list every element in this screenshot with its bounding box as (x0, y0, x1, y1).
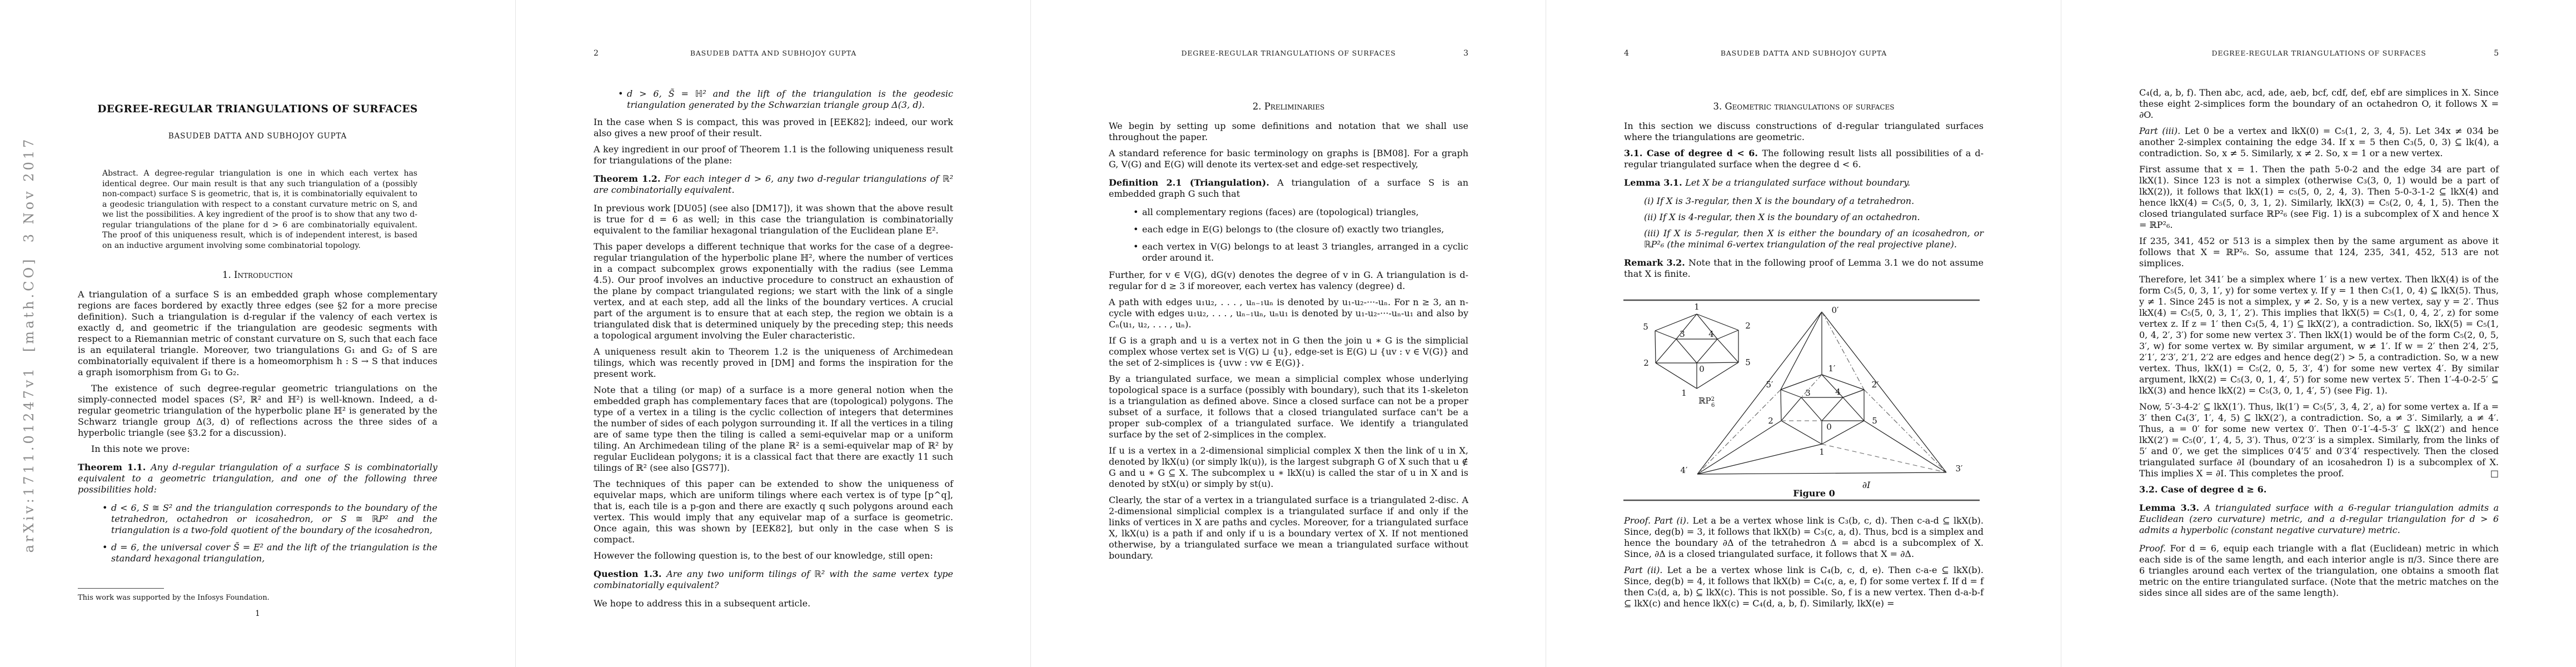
rp26-diagram-vertex-label: 1 (1681, 388, 1687, 398)
icosahedron-diagram-edge (1843, 397, 1864, 421)
header-page-number: 2 (594, 49, 621, 58)
bullet-item: each vertex in V(G) belongs to at least … (1133, 241, 1468, 263)
rp26-diagram-vertex-label: 2 (1745, 321, 1751, 331)
rp26-diagram-edge (1697, 362, 1738, 363)
running-head: BASUDEB DATTA AND SUBHOJOY GUPTA (1652, 49, 1956, 57)
paragraph: A key ingredient in our proof of Theorem… (594, 144, 953, 166)
rp26-diagram-edge (1717, 330, 1738, 339)
paragraph: A triangulation of a surface S is an emb… (78, 289, 437, 378)
header-page-number: 5 (2471, 49, 2499, 58)
rp26-diagram-vertex-label: 1 (1694, 302, 1700, 312)
paragraph: Clearly, the star of a vertex in a trian… (1109, 495, 1468, 561)
icosahedron-diagram-edge (1781, 390, 1781, 421)
block-label: Part (iii). (2139, 126, 2185, 136)
subsection: 3.2. Case of degree d ≥ 6. (2139, 484, 2499, 495)
icosahedron-diagram-edge (1781, 421, 1822, 444)
block-label: Proof. (2139, 543, 2170, 554)
paragraph: If u is a vertex in a 2-dimensional simp… (1109, 445, 1468, 490)
page-2-content: d > 6, S̃ = ℍ² and the lift of the trian… (594, 82, 953, 614)
block-label: Proof. Part (i). (1624, 515, 1692, 526)
rp26-diagram-vertex-label: 5 (1745, 357, 1751, 367)
page-number: 1 (78, 609, 437, 618)
arxiv-watermark: arXiv:1711.01247v1 [math.CO] 3 Nov 2017 (21, 137, 37, 553)
page-3-content: 2. PreliminariesWe begin by setting up s… (1109, 82, 1468, 566)
page-4-header: 4 BASUDEB DATTA AND SUBHOJOY GUPTA (1624, 49, 1984, 58)
theorem-block: Definition 2.1 (Triangulation). A triang… (1109, 177, 1468, 200)
footnote: This work was supported by the Infosys F… (78, 590, 437, 602)
theorem-body: Let X be a triangulated surface without … (1685, 177, 1910, 188)
theorem-block: Question 1.3. Are any two uniform tiling… (594, 569, 953, 591)
paragraph: A standard reference for basic terminolo… (1109, 148, 1468, 170)
paragraph: In this section we discuss constructions… (1624, 121, 1984, 143)
rp26-diagram-edge (1655, 331, 1656, 363)
icosahedron-diagram-vertex-label: 2 (1768, 416, 1773, 426)
block-label: Definition 2.1 (Triangulation). (1109, 177, 1277, 188)
paper-authors: BASUDEB DATTA AND SUBHOJOY GUPTA (78, 132, 437, 141)
paper-title: DEGREE-REGULAR TRIANGULATIONS OF SURFACE… (78, 103, 437, 115)
running-head: DEGREE-REGULAR TRIANGULATIONS OF SURFACE… (1137, 49, 1441, 57)
rp26-diagram-vertex-label: 0 (1699, 364, 1705, 374)
rp26-diagram-edge (1655, 314, 1697, 331)
figure-0-canvas: 1522513400′1′5′2′2501344′3′ℝP26∂IFigure … (1621, 294, 1985, 508)
icosahedron-diagram-vertex-label: 0 (1826, 422, 1832, 432)
icosahedron-diagram-vertex-label: 4 (1835, 387, 1841, 397)
rp26-diagram-vertex-label: 5 (1643, 322, 1648, 332)
theorem-block: Lemma 3.1. Let X be a triangulated surfa… (1624, 177, 1984, 188)
paragraph: A path with edges u₁u₂, . . . , uₙ₋₁uₙ i… (1109, 297, 1468, 330)
icosahedron-diagram-edge (1781, 312, 1822, 390)
theorem-block: Lemma 3.3. A triangulated surface with a… (2139, 502, 2499, 536)
rp26-name-label: ℝP26 (1698, 396, 1715, 409)
bullet-item: d < 6, S ≅ S² and the triangulation corr… (102, 502, 437, 536)
qed-box: □ (2490, 468, 2499, 479)
paragraph: If G is a graph and u is a vertex not in… (1109, 335, 1468, 369)
list-item: (ii) If X is 4-regular, then X is the bo… (1644, 212, 1984, 223)
section-heading: 1. Introduction (78, 270, 437, 280)
icosahedron-diagram-edge (1697, 472, 1946, 474)
icosahedron-diagram-vertex-label: 2′ (1872, 380, 1880, 390)
paragraph: Note that a tiling (or map) of a surface… (594, 385, 953, 474)
paragraph: Further, for v ∈ V(G), dG(v) denotes the… (1109, 270, 1468, 292)
paragraph: In previous work [DU05] (see also [DM17]… (594, 203, 953, 236)
icosahedron-diagram-edge (1822, 312, 1864, 390)
icosahedron-diagram-edge (1801, 397, 1822, 421)
block-label: 3.1. Case of degree d < 6. (1624, 148, 1762, 158)
icosahedron-diagram-edge (1697, 421, 1781, 474)
rp26-diagram-vertex-label: 2 (1643, 358, 1649, 368)
rp26-diagram-edge (1697, 339, 1717, 363)
paragraph: Part (iii). Let 0 be a vertex and lkX(0)… (2139, 126, 2499, 159)
figure-caption: Figure 0 (1793, 488, 1835, 499)
icosahedron-diagram-vertex-label: 1′ (1828, 364, 1836, 374)
block-label: Theorem 1.2. (594, 173, 665, 184)
abstract: Abstract. A degree-regular triangulation… (102, 168, 417, 251)
theorem-block: Theorem 1.1. Any d-regular triangulation… (78, 462, 437, 495)
icosahedron-diagram-edge (1864, 390, 1946, 472)
block-label: Lemma 3.1. (1624, 177, 1685, 188)
block-label: Lemma 3.3. (2139, 502, 2204, 513)
paragraph: C₄(d, a, b, f). Then abc, acd, ade, aeb,… (2139, 87, 2499, 121)
page-3: DEGREE-REGULAR TRIANGULATIONS OF SURFACE… (1030, 0, 1546, 667)
page-1-content: DEGREE-REGULAR TRIANGULATIONS OF SURFACE… (78, 0, 437, 570)
paragraph: However the following question is, to th… (594, 550, 953, 561)
page-5-header: DEGREE-REGULAR TRIANGULATIONS OF SURFACE… (2139, 49, 2499, 58)
icosahedron-diagram-vertex-label: 5 (1872, 416, 1877, 426)
page-1: arXiv:1711.01247v1 [math.CO] 3 Nov 2017 … (0, 0, 515, 667)
icosahedron-diagram-vertex-label: 3′ (1956, 464, 1964, 474)
icosahedron-diagram-edge (1697, 312, 1822, 474)
page-2: 2 BASUDEB DATTA AND SUBHOJOY GUPTA d > 6… (515, 0, 1031, 667)
subsection: 3.1. Case of degree d < 6. The following… (1624, 148, 1984, 170)
running-head: DEGREE-REGULAR TRIANGULATIONS OF SURFACE… (2167, 49, 2471, 57)
block-label: Question 1.3. (594, 569, 666, 579)
header-page-number: 4 (1624, 49, 1652, 58)
paragraph: Part (ii). Let a be a vertex whose link … (1624, 565, 1984, 609)
paragraph: This paper develops a different techniqu… (594, 241, 953, 341)
list-item: (i) If X is 3-regular, then X is the bou… (1644, 196, 1984, 207)
rp26-diagram-edge (1655, 331, 1676, 339)
paragraph: The existence of such degree-regular geo… (78, 383, 437, 439)
header-page-number: 3 (1441, 49, 1468, 58)
icosahedron-diagram-vertex-label: 1 (1819, 447, 1825, 457)
paragraph: First assume that x = 1. Then the path 5… (2139, 164, 2499, 231)
bullet-item: d = 6, the universal cover S̃ = E² and t… (102, 542, 437, 564)
icosahedron-diagram-edge (1843, 390, 1864, 397)
page-2-header: 2 BASUDEB DATTA AND SUBHOJOY GUPTA (594, 49, 953, 58)
list-item: (iii) If X is 5-regular, then X is eithe… (1644, 228, 1984, 250)
rp26-diagram-edge (1656, 363, 1697, 389)
bullet-item: d > 6, S̃ = ℍ² and the lift of the trian… (618, 88, 953, 111)
section-heading: 3. Geometric triangulations of surfaces (1624, 101, 1984, 112)
paragraph: We hope to address this in a subsequent … (594, 598, 953, 609)
icosahedron-diagram-edge (1822, 375, 1864, 390)
theorem-block: Theorem 1.2. For each integer d > 6, any… (594, 173, 953, 196)
icosahedron-diagram-edge (1781, 390, 1801, 397)
icosahedron-diagram-edge (1822, 397, 1843, 421)
paragraph: A uniqueness result akin to Theorem 1.2 … (594, 346, 953, 380)
icosahedron-diagram-edge (1781, 397, 1801, 421)
block-label: Theorem 1.1. (78, 462, 151, 472)
paragraph: Now, 5′-3-4-2′ ⊆ lkX(1′). Thus, lk(1′) =… (2139, 401, 2499, 479)
icosahedron-diagram-vertex-label: 3 (1805, 388, 1811, 398)
paragraph: The techniques of this paper can be exte… (594, 479, 953, 545)
paragraph: By a triangulated surface, we mean a sim… (1109, 374, 1468, 440)
paragraph: If 235, 341, 452 or 513 is a simplex the… (2139, 236, 2499, 269)
page-5-content: C₄(d, a, b, f). Then abc, acd, ade, aeb,… (2139, 82, 2499, 604)
icosahedron-diagram-vertex-label: 0′ (1832, 305, 1840, 315)
block-label: Part (ii). (1624, 565, 1667, 575)
icosahedron-diagram-edge (1697, 444, 1822, 474)
paragraph: Proof. Part (i). Let a be a vertex whose… (1624, 515, 1984, 560)
paragraph: We begin by setting up some definitions … (1109, 121, 1468, 143)
icosahedron-diagram-edge (1864, 421, 1946, 472)
page-4-content: 3. Geometric triangulations of surfacesI… (1624, 82, 1984, 614)
paragraph: In the case when S is compact, this was … (594, 117, 953, 139)
bullet-item: all complementary regions (faces) are (t… (1133, 207, 1468, 218)
rp26-diagram-vertex-label: 4 (1708, 329, 1714, 339)
theorem-block: Remark 3.2. Note that in the following p… (1624, 257, 1984, 280)
block-label: Remark 3.2. (1624, 257, 1688, 268)
icosahedron-diagram-vertex-label: 5′ (1766, 380, 1774, 390)
paragraph: In this note we prove: (78, 444, 437, 455)
icosahedron-diagram-edge (1781, 375, 1822, 390)
figure-0: 1522513400′1′5′2′2501344′3′ℝP26∂IFigure … (1621, 294, 1984, 510)
page-3-header: DEGREE-REGULAR TRIANGULATIONS OF SURFACE… (1109, 49, 1468, 58)
rp26-diagram-edge (1717, 339, 1738, 362)
footnote-rule (78, 588, 164, 589)
boundary-icosahedron-label: ∂I (1862, 480, 1871, 490)
block-label: 3.2. Case of degree d ≥ 6. (2139, 484, 2266, 495)
paragraph: Therefore, let 341′ be a simplex where 1… (2139, 274, 2499, 396)
rp26-diagram-vertex-label: 3 (1680, 329, 1685, 339)
section-heading: 2. Preliminaries (1109, 101, 1468, 112)
running-head: BASUDEB DATTA AND SUBHOJOY GUPTA (621, 49, 925, 57)
page-4: 4 BASUDEB DATTA AND SUBHOJOY GUPTA 3. Ge… (1546, 0, 2061, 667)
page-5: DEGREE-REGULAR TRIANGULATIONS OF SURFACE… (2061, 0, 2576, 667)
rp26-diagram-edge (1656, 339, 1676, 363)
paragraph: Proof. For d = 6, equip each triangle wi… (2139, 543, 2499, 599)
rp26-diagram-edge (1676, 339, 1697, 363)
icosahedron-diagram-vertex-label: 4′ (1681, 465, 1688, 475)
bullet-item: each edge in E(G) belongs to (the closur… (1133, 224, 1468, 235)
